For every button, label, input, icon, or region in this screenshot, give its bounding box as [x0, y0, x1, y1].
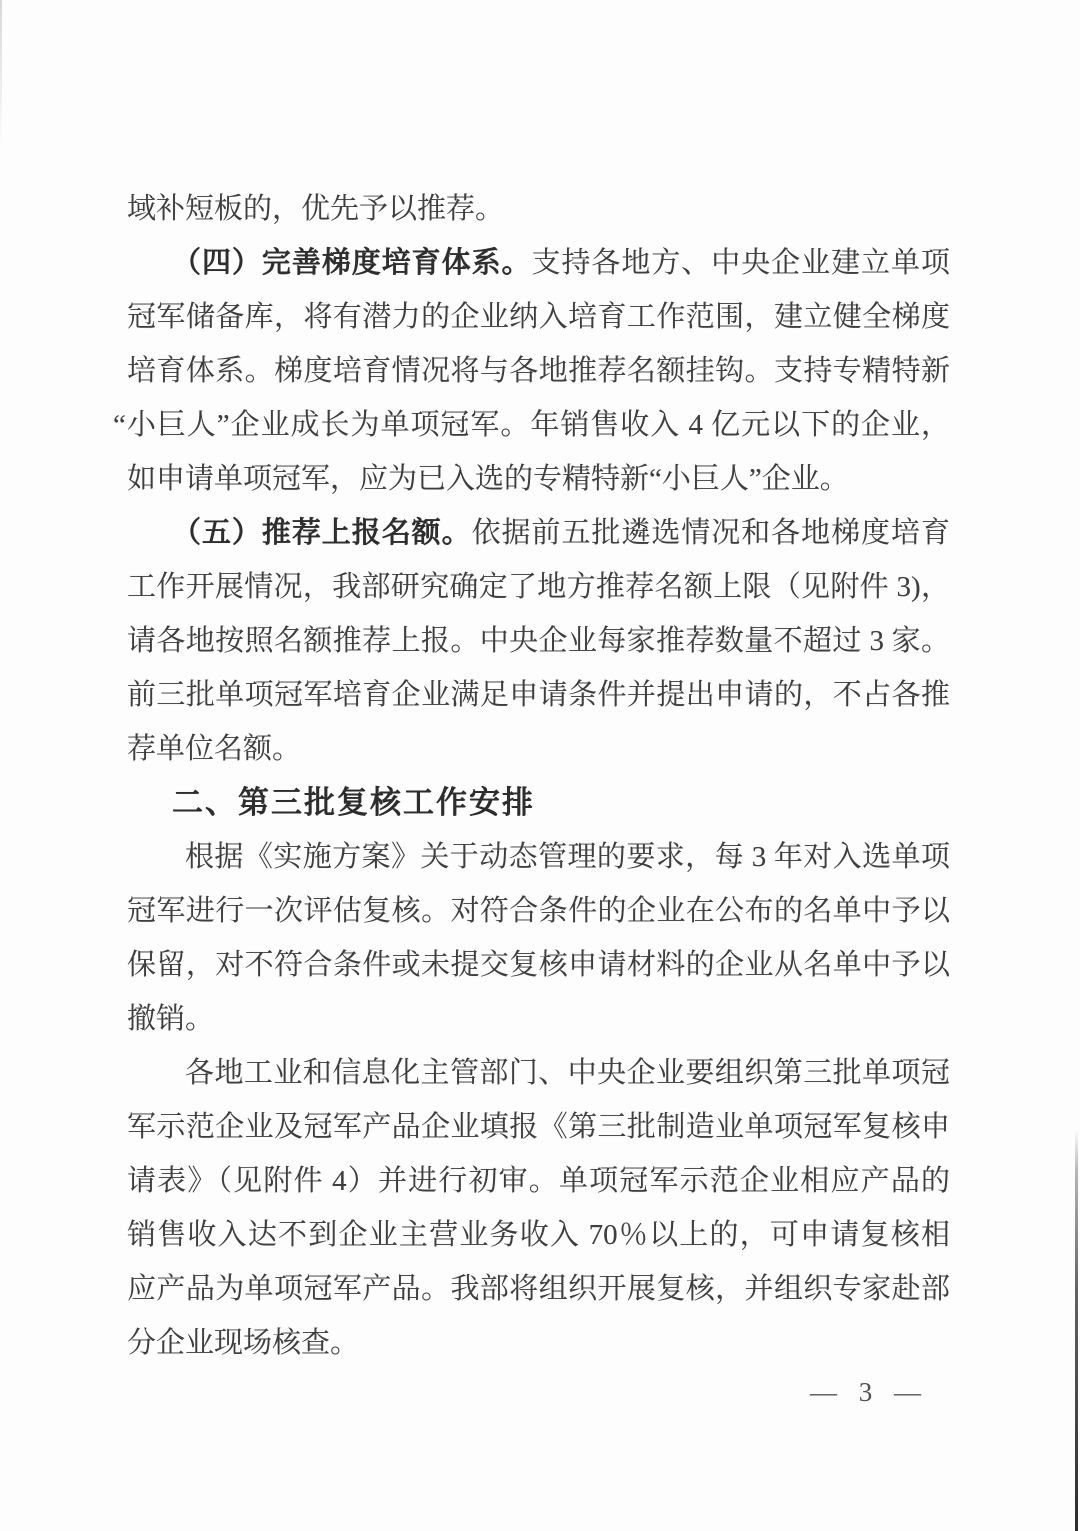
text-run: 前三批单项冠军培育企业满足申请条件并提出申请的，不占各推 [127, 679, 950, 711]
text-line: 军示范企业及冠军产品企业填报《第三批制造业单项冠军复核申 [127, 1100, 950, 1154]
text-line: 前三批单项冠军培育企业满足申请条件并提出申请的，不占各推 [127, 668, 950, 722]
text-line: 请各地按照名额推荐上报。中央企业每家推荐数量不超过 3 家。 [127, 614, 950, 668]
text-line: （五）推荐上报名额。依据前五批遴选情况和各地梯度培育 [127, 506, 950, 560]
text-run: 冠军进行一次评估复核。对符合条件的企业在公布的名单中予以 [127, 895, 950, 927]
document-page: 域补短板的，优先予以推荐。（四）完善梯度培育体系。支持各地方、中央企业建立单项冠… [0, 0, 1080, 1531]
text-run: 根据《实施方案》关于动态管理的要求，每 3 年对入选单项 [185, 841, 950, 873]
text-run: 分企业现场核查。 [127, 1327, 359, 1359]
text-run: 军示范企业及冠军产品企业填报《第三批制造业单项冠军复核申 [127, 1111, 950, 1143]
text-line: 应产品为单项冠军产品。我部将组织开展复核，并组织专家赴部 [127, 1262, 950, 1316]
text-block: 域补短板的，优先予以推荐。（四）完善梯度培育体系。支持各地方、中央企业建立单项冠… [127, 182, 950, 1370]
text-run: “小巨人”企业成长为单项冠军。年销售收入 4 亿元以下的企业， [113, 409, 950, 441]
section-heading: 二、第三批复核工作安排 [127, 776, 950, 830]
text-run: 销售收入达不到企业主营业务收入 70％以上的，可申请复核相 [127, 1219, 950, 1251]
page-number: — 3 — [810, 1377, 922, 1408]
text-line: 销售收入达不到企业主营业务收入 70％以上的，可申请复核相 [127, 1208, 950, 1262]
text-line: 请表》（见附件 4）并进行初审。单项冠军示范企业相应产品的 [127, 1154, 950, 1208]
bold-text-run: （五）推荐上报名额。 [172, 517, 472, 549]
text-run: 培育体系。梯度培育情况将与各地推荐名额挂钩。支持专精特新 [127, 355, 950, 387]
text-line: 撤销。 [127, 992, 950, 1046]
text-line: 保留，对不符合条件或未提交复核申请材料的企业从名单中予以 [127, 938, 950, 992]
text-line: 培育体系。梯度培育情况将与各地推荐名额挂钩。支持专精特新 [127, 344, 950, 398]
text-line: 如申请单项冠军，应为已入选的专精特新“小巨人”企业。 [127, 452, 950, 506]
text-run: 工作开展情况，我部研究确定了地方推荐名额上限（见附件 3)， [127, 571, 950, 603]
text-line: 冠军进行一次评估复核。对符合条件的企业在公布的名单中予以 [127, 884, 950, 938]
text-line: 根据《实施方案》关于动态管理的要求，每 3 年对入选单项 [127, 830, 950, 884]
text-run: 冠军储备库，将有潜力的企业纳入培育工作范围，建立健全梯度 [127, 301, 950, 333]
text-run: 支持各地方、中央企业建立单项 [532, 247, 950, 279]
text-run: 如申请单项冠军，应为已入选的专精特新“小巨人”企业。 [127, 463, 849, 495]
text-line: 域补短板的，优先予以推荐。 [127, 182, 950, 236]
text-run: 依据前五批遴选情况和各地梯度培育 [472, 517, 950, 549]
text-line: “小巨人”企业成长为单项冠军。年销售收入 4 亿元以下的企业， [127, 398, 950, 452]
bold-text-run: （四）完善梯度培育体系。 [172, 247, 532, 279]
text-line: 荐单位名额。 [127, 722, 950, 776]
text-run: 荐单位名额。 [127, 733, 301, 765]
text-line: 冠军储备库，将有潜力的企业纳入培育工作范围，建立健全梯度 [127, 290, 950, 344]
text-line: 分企业现场核查。 [127, 1316, 950, 1370]
text-line: （四）完善梯度培育体系。支持各地方、中央企业建立单项 [127, 236, 950, 290]
text-run: 应产品为单项冠军产品。我部将组织开展复核，并组织专家赴部 [127, 1273, 950, 1305]
bold-text-run: 二、第三批复核工作安排 [172, 785, 535, 820]
text-run: 各地工业和信息化主管部门、中央企业要组织第三批单项冠 [185, 1057, 950, 1089]
text-line: 工作开展情况，我部研究确定了地方推荐名额上限（见附件 3)， [127, 560, 950, 614]
scan-edge-artifact-right [1075, 1130, 1078, 1531]
scan-edge-artifact-left [0, 0, 2, 150]
text-run: 保留，对不符合条件或未提交复核申请材料的企业从名单中予以 [127, 949, 950, 981]
text-line: 各地工业和信息化主管部门、中央企业要组织第三批单项冠 [127, 1046, 950, 1100]
text-run: 撤销。 [127, 1003, 214, 1035]
text-run: 请表》（见附件 4）并进行初审。单项冠军示范企业相应产品的 [127, 1165, 950, 1197]
text-run: 域补短板的，优先予以推荐。 [127, 193, 504, 225]
text-run: 请各地按照名额推荐上报。中央企业每家推荐数量不超过 3 家。 [127, 625, 950, 657]
